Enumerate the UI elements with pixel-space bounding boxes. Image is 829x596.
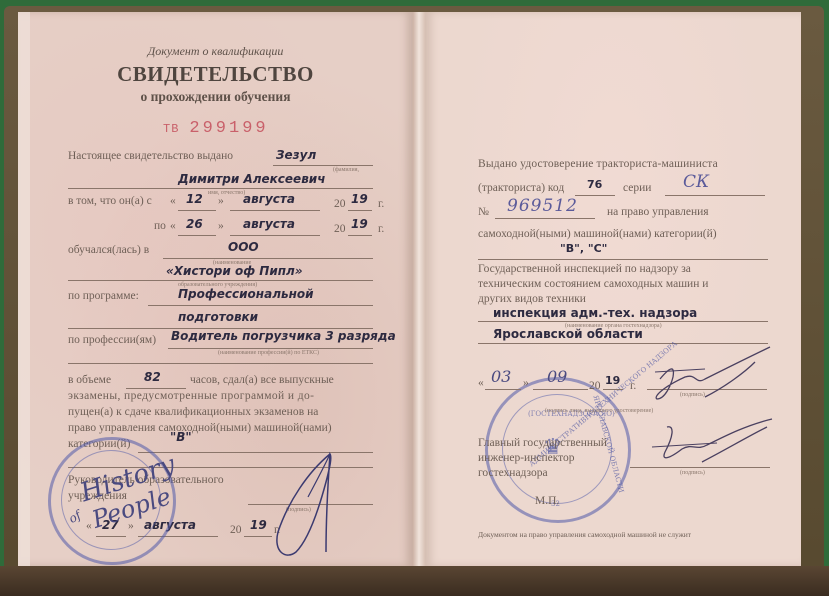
to-year-prefix: 20 <box>334 223 346 235</box>
number-tail: на право управления <box>607 206 709 218</box>
issued-license-line-1: Выдано удостоверение тракториста-машинис… <box>478 158 718 170</box>
code-value: 76 <box>587 178 602 191</box>
to-month-value: августа <box>243 217 295 231</box>
to-day-line <box>178 235 216 236</box>
categories-value: "В", "С" <box>560 242 607 255</box>
inspection-name-1: инспекция адм.-тех. надзора <box>493 306 697 320</box>
profession-line <box>168 348 373 349</box>
paragraph-line-1-end: часов, сдал(а) все выпускные <box>190 374 334 386</box>
surname-line <box>273 165 373 166</box>
org-form-line <box>163 258 373 259</box>
organization-stamp: History People of <box>48 437 176 565</box>
inspection-line-1 <box>478 321 768 322</box>
categories-label: самоходной(ными) машиной(нами) категории… <box>478 228 717 240</box>
program-line-1 <box>148 305 373 306</box>
number-label: № <box>478 206 489 218</box>
certificate-subtitle: о прохождении обучения <box>18 89 413 105</box>
surname-caption: (фамилия, <box>333 167 359 173</box>
from-year-line <box>348 210 372 211</box>
paragraph-line-3: пущен(а) к сдаче квалификационных экзаме… <box>68 406 318 418</box>
inspector-title-2: инженер-инспектор <box>478 452 575 464</box>
hours-line <box>126 388 186 389</box>
paragraph-line-4: право управления самоходной(ными) машино… <box>68 422 332 434</box>
program-value-1: Профессиональной <box>178 287 314 301</box>
issued-to-label: Настоящее свидетельство выдано <box>68 150 233 162</box>
from-day-value: 12 <box>186 192 203 206</box>
issue-month-line <box>533 389 588 390</box>
studied-at-label: обучался(лась) в <box>68 244 149 256</box>
profession-caption: (наименование профессии(й) по ЕТКС) <box>218 350 319 356</box>
to-month-line <box>230 235 320 236</box>
name-caption: имя, отчество) <box>208 190 245 196</box>
quote-mark: « <box>478 377 484 389</box>
certificate-right-page: Выдано удостоверение тракториста-машинис… <box>425 12 801 566</box>
inspector-title-3: гостехнадзора <box>478 467 548 479</box>
issue-year-prefix: 20 <box>589 380 601 392</box>
inspector-signature <box>647 417 777 467</box>
number-line <box>495 218 595 219</box>
certificate-title: СВИДЕТЕЛЬСТВО <box>18 62 413 87</box>
separator-line <box>68 363 373 364</box>
quote-mark: « <box>170 195 176 207</box>
code-line <box>575 195 615 196</box>
profession-value: Водитель погрузчика 3 разряда <box>171 329 396 343</box>
from-label: в том, что он(а) с <box>68 195 152 207</box>
official-caption: (подпись лица, выдавшего удостоверение) <box>545 408 653 414</box>
inspection-para-line-3: других видов техники <box>478 293 586 305</box>
cover-bottom-edge <box>0 566 829 596</box>
categories-line <box>478 259 768 260</box>
inspection-para-line-2: техническим состоянием самоходных машин … <box>478 278 708 290</box>
certificate-left-page: Документ о квалификации СВИДЕТЕЛЬСТВО о … <box>18 12 413 566</box>
series-line <box>665 195 765 196</box>
serial-digits: 299199 <box>189 119 268 138</box>
from-month-line <box>230 210 320 211</box>
profession-label: по профессии(ям) <box>68 334 156 346</box>
program-label: по программе: <box>68 290 139 302</box>
inspector-title-1: Главный государственный <box>478 437 607 449</box>
serial-number: ТВ299199 <box>163 119 269 138</box>
name-line <box>68 188 373 189</box>
quote-mark: » <box>218 220 224 232</box>
org-form-value: ООО <box>228 240 259 254</box>
number-value: 969512 <box>507 196 578 216</box>
from-month-value: августа <box>243 192 295 206</box>
from-year-value: 19 <box>351 192 368 206</box>
paragraph-line-2: экзамены, предусмотренные программой и д… <box>68 390 314 402</box>
inspector-signature-line <box>630 467 770 468</box>
to-day-value: 26 <box>186 217 203 231</box>
issue-day-line <box>485 389 521 390</box>
issue-month-value: 09 <box>547 367 567 386</box>
issue-year-value: 19 <box>605 374 620 387</box>
program-value-2: подготовки <box>178 310 258 324</box>
issue-year-line <box>603 389 623 390</box>
from-day-line <box>178 210 216 211</box>
year-suffix: г. <box>630 380 636 392</box>
from-year-prefix: 20 <box>334 198 346 210</box>
official-signature <box>645 347 775 407</box>
signature-caption: (подпись) <box>680 470 705 476</box>
serial-prefix: ТВ <box>163 122 179 136</box>
series-label: серии <box>623 182 651 194</box>
inspection-name-2: Ярославской области <box>493 327 643 341</box>
quote-mark: » <box>218 195 224 207</box>
issue-day-value: 03 <box>491 367 511 386</box>
inspection-line-2 <box>478 343 768 344</box>
year-suffix: г. <box>378 198 384 210</box>
series-value: СК <box>683 172 709 192</box>
hours-value: 82 <box>144 370 161 384</box>
to-year-value: 19 <box>351 217 368 231</box>
to-label: по <box>154 220 166 232</box>
footer-note: Документом на право управления самоходно… <box>478 530 691 539</box>
org-name-line <box>68 280 373 281</box>
director-signature <box>268 452 358 562</box>
document-type-heading: Документ о квалификации <box>18 44 413 59</box>
inspection-para-line-1: Государственной инспекцией по надзору за <box>478 263 691 275</box>
name-patronymic-value: Димитри Алексеевич <box>178 172 325 186</box>
seal-label: М.П. <box>535 495 559 507</box>
category-value: "В" <box>170 430 192 444</box>
hours-label: в объеме <box>68 374 111 386</box>
org-name-value: «Хистори оф Пипл» <box>166 264 303 278</box>
to-year-line <box>348 235 372 236</box>
book-gutter <box>413 12 425 566</box>
quote-mark: « <box>170 220 176 232</box>
year-suffix: г. <box>378 223 384 235</box>
date-year-value: 19 <box>250 518 267 532</box>
code-label: (тракториста) код <box>478 182 564 194</box>
surname-value: Зезул <box>276 148 316 162</box>
quote-mark: » <box>523 377 529 389</box>
date-year-prefix: 20 <box>230 524 242 536</box>
